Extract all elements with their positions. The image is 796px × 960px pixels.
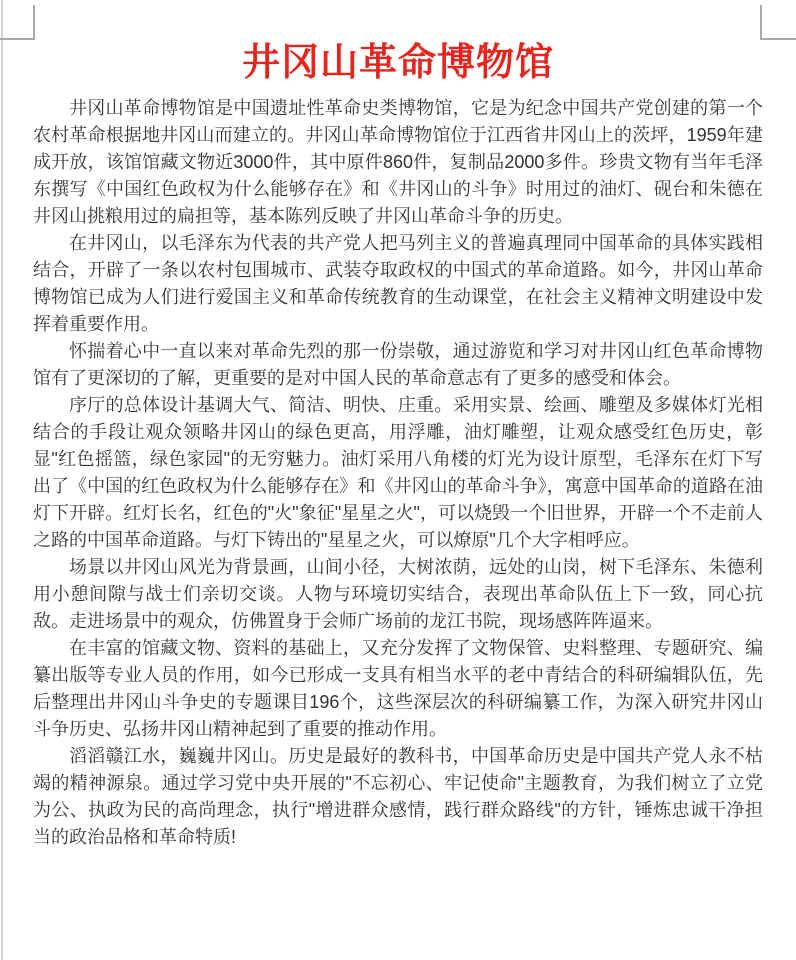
paragraph-revolution-road: 在井冈山，以毛泽东为代表的共产党人把马列主义的普遍真理同中国革命的具体实践相结合… <box>33 230 763 338</box>
paragraph-personal-respect: 怀揣着心中一直以来对革命先烈的那一份崇敬，通过游览和学习对井冈山红色革命博物馆有… <box>33 338 763 392</box>
document-title: 井冈山革命博物馆 <box>33 40 763 86</box>
margin-crop-mark-top-right <box>760 5 796 40</box>
document-page: 井冈山革命博物馆 井冈山革命博物馆是中国遗址性革命史类博物馆，它是为纪念中国共产… <box>0 0 796 960</box>
paragraph-museum-intro: 井冈山革命博物馆是中国遗址性革命史类博物馆，它是为纪念中国共产党创建的第一个农村… <box>33 95 763 230</box>
text-area: 井冈山革命博物馆 井冈山革命博物馆是中国遗址性革命史类博物馆，它是为纪念中国共产… <box>33 40 763 851</box>
document-body: 井冈山革命博物馆是中国遗址性革命史类博物馆，它是为纪念中国共产党创建的第一个农村… <box>33 95 763 851</box>
page-left-edge-line <box>1 0 3 960</box>
paragraph-lobby-design: 序厅的总体设计基调大气、简洁、明快、庄重。采用实景、绘画、雕塑及多媒体灯光相结合… <box>33 392 763 554</box>
paragraph-scene-description: 场景以井冈山风光为背景画，山间小径，大树浓荫，远处的山岗，树下毛泽东、朱德利用小… <box>33 554 763 635</box>
paragraph-conclusion: 滔滔赣江水，巍巍井冈山。历史是最好的教科书，中国革命历史是中国共产党人永不枯竭的… <box>33 743 763 851</box>
paragraph-research-work: 在丰富的馆藏文物、资料的基础上，又充分发挥了文物保管、史料整理、专题研究、编纂出… <box>33 635 763 743</box>
margin-crop-mark-top-left <box>0 5 35 40</box>
